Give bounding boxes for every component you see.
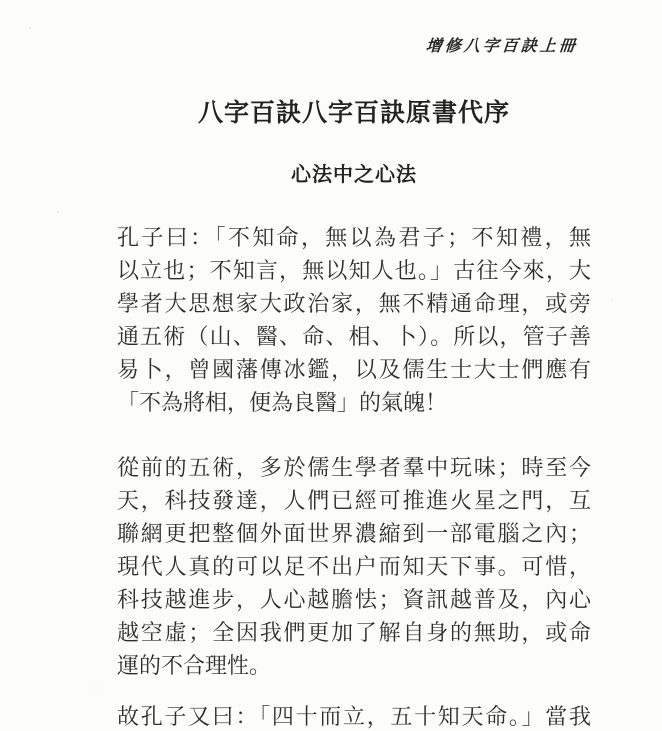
text-line: 易卜，曾國藩傳冰鑑，以及儒生士大士們應有 <box>117 353 591 386</box>
section-subtitle: 心法中之心法 <box>117 158 591 187</box>
text-line: 孔子曰：「不知命，無以為君子；不知禮，無 <box>117 221 591 254</box>
text-line: 聯網更把整個外面世界濃縮到一部電腦之內； <box>117 517 591 550</box>
body-text: 孔子曰：「不知命，無以為君子；不知禮，無 以立也；不知言，無以知人也。」古往今來… <box>117 221 591 731</box>
paragraph-1: 孔子曰：「不知命，無以為君子；不知禮，無 以立也；不知言，無以知人也。」古往今來… <box>117 221 591 419</box>
paragraph-3-clipped: 故孔子又曰：「四十而立，五十知天命。」當我 <box>117 700 591 731</box>
text-line: 以立也；不知言，無以知人也。」古往今來，大 <box>117 254 591 287</box>
text-line: 科技越進步，人心越膽怯；資訊越普及，內心 <box>117 583 591 616</box>
text-line: 天，科技發達，人們已經可推進火星之門，互 <box>117 484 591 517</box>
text-line: 「不為將相，便為良醫」的氣魄！ <box>117 386 591 419</box>
text-line: 現代人真的可以足不出户而知天下事。可惜， <box>117 550 591 583</box>
running-header: 增修八字百訣上冊 <box>425 33 579 56</box>
text-line: 故孔子又曰：「四十而立，五十知天命。」當我 <box>117 700 591 731</box>
text-line: 從前的五術，多於儒生學者羣中玩味；時至今 <box>117 451 591 484</box>
text-line: 學者大思想家大政治家，無不精通命理，或旁 <box>117 287 591 320</box>
scanned-book-page: 增修八字百訣上冊 八字百訣八字百訣原書代序 心法中之心法 孔子曰：「不知命，無以… <box>0 0 662 731</box>
text-line: 通五術（山、醫、命、相、卜）。所以，管子善 <box>117 320 591 353</box>
page-title: 八字百訣八字百訣原書代序 <box>117 93 591 129</box>
text-line: 越空虛；全因我們更加了解自身的無助，或命 <box>117 616 591 649</box>
paragraph-2: 從前的五術，多於儒生學者羣中玩味；時至今 天，科技發達，人們已經可推進火星之門，… <box>117 451 591 682</box>
text-line: 運的不合理性。 <box>117 649 591 682</box>
